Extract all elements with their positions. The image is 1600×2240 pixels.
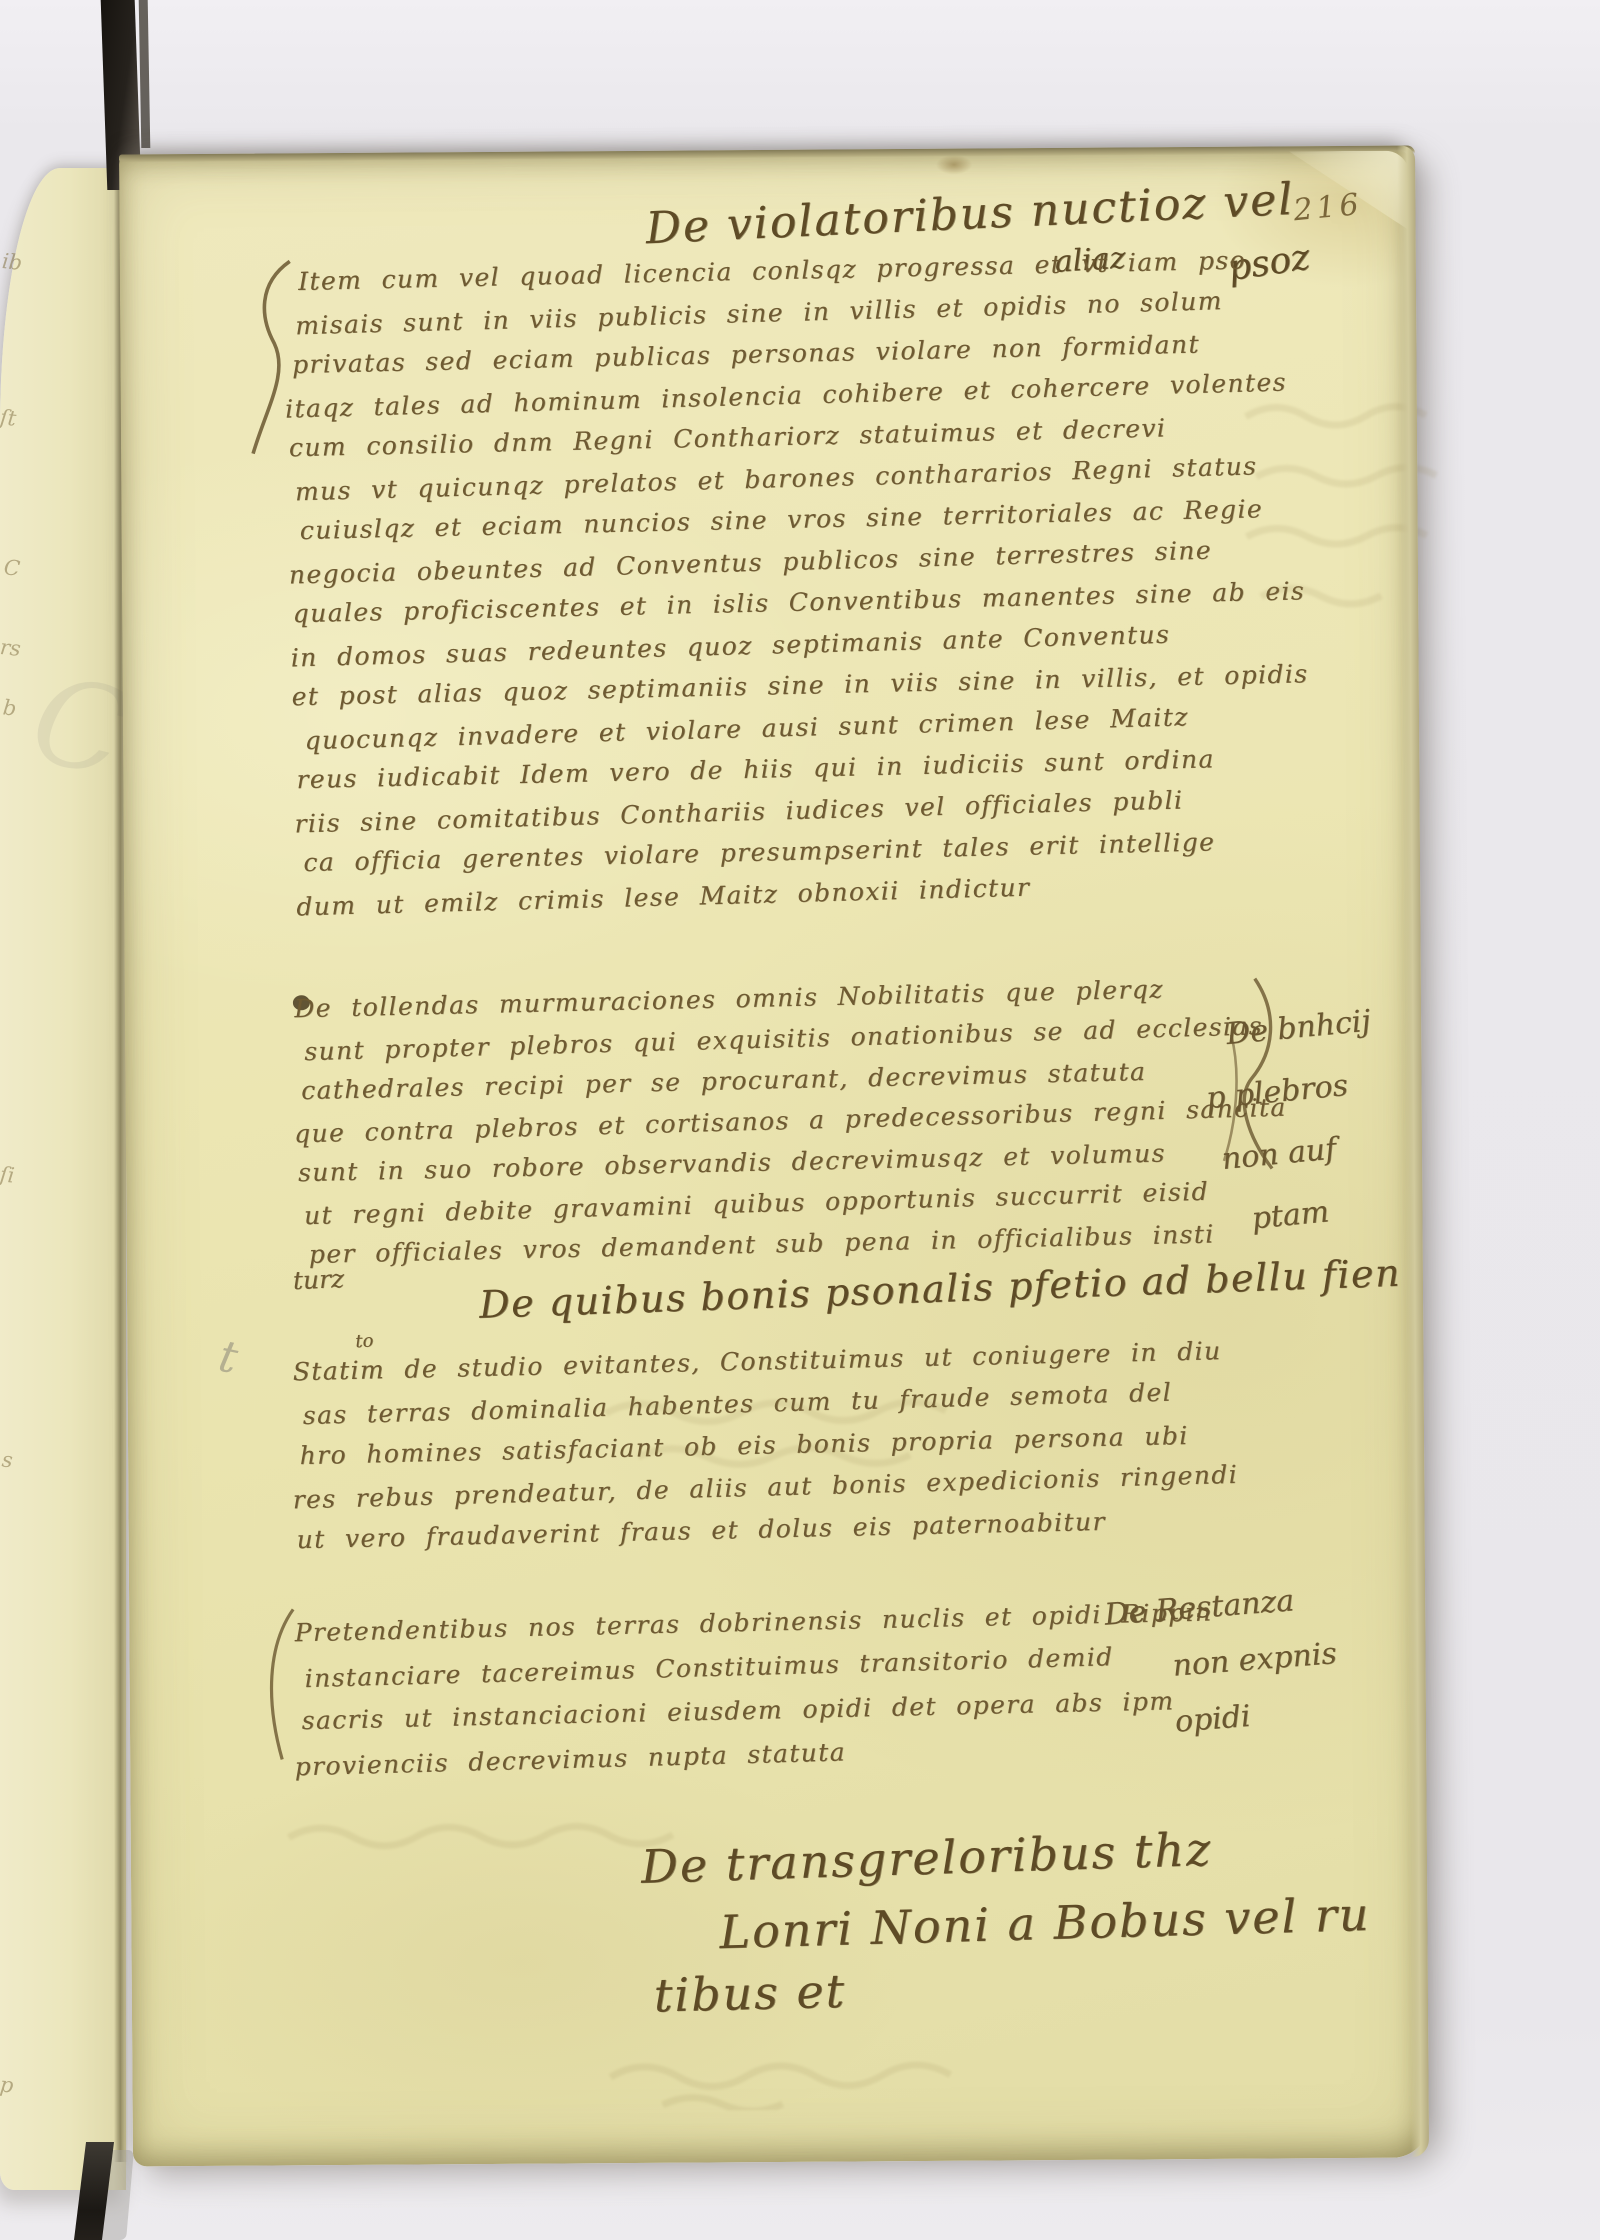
edge-fragment: s [1,1448,14,1473]
chapter-heading-transgressoribus-3: tibus et [653,1964,846,2023]
bleedthrough-squiggle [281,1810,741,1863]
margin-note-restanza: De Restanza non expnis opidi [1102,1570,1343,1755]
bleedthrough-squiggle [598,1388,1119,1482]
edge-fragment: b [2,695,18,720]
catchword: turz [292,1264,344,1295]
edge-fragment: p [0,2072,15,2097]
paragraph-1: Item cum vel quoad licencia conlsqz prog… [282,238,1314,925]
page-number: 216 [1292,187,1364,228]
edge-fragment: C [3,555,21,581]
manuscript-page: 216 De violatoribus nuctioz vel aliaz ps… [119,146,1429,2167]
chapter-heading-transgressoribus-2: Lonri Noni a Bobus vel ru [719,1887,1371,1959]
ribbon-top-thin [139,0,151,148]
edge-fragment: ſt [0,405,17,431]
edge-fragment: ſi [0,1162,16,1187]
edge-fragment: ib [1,249,24,275]
paragraph-2: De tollendas murmuraciones omnis Nobilit… [291,966,1290,1275]
bleedthrough-squiggle [1236,395,1538,657]
pencil-mark: t [214,1331,242,1385]
margin-note-plebanis: De bnhcij p plebros non auf ptam [1193,991,1390,1254]
facing-page-edge: ib ſt C rs b ſi s p C [0,168,126,2190]
margin-note-line: ptam [1249,1176,1391,1251]
edge-fragment: rs [0,635,22,661]
bleedthrough-squiggle [602,2048,1102,2111]
paragraph-4: Pretendentibus nos terras dobrinensis nu… [291,1590,1216,1787]
margin-note-line: opidi [1173,1682,1343,1751]
